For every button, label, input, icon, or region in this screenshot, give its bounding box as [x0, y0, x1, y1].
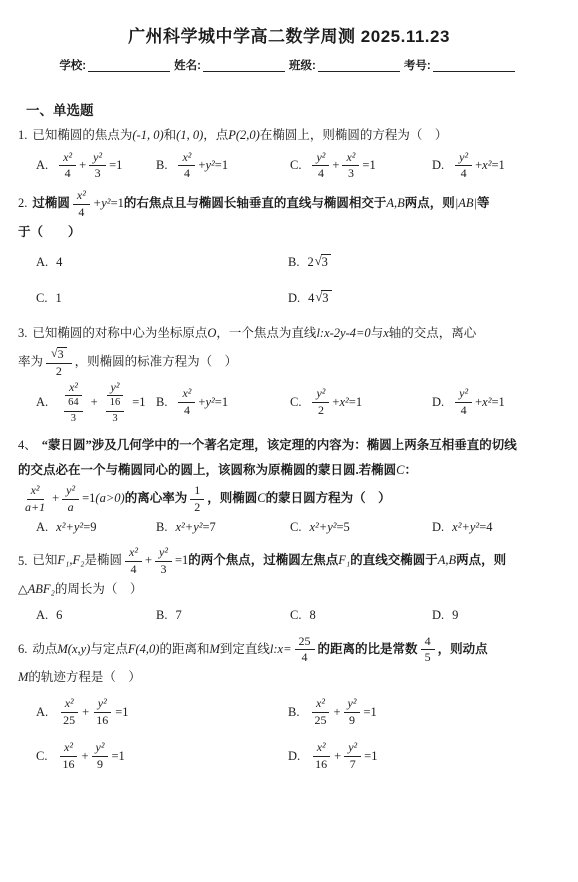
- fraction: x²4: [178, 387, 195, 418]
- option-label: A.: [36, 520, 48, 535]
- option-D: D.x²16+y²7=1: [288, 741, 560, 772]
- fraction: x²a+1: [21, 484, 49, 515]
- math-text: x²+y²: [56, 520, 83, 535]
- stem-text: 的离心率为: [125, 491, 188, 505]
- fraction-numerator: y²: [455, 151, 472, 167]
- math-text: +: [82, 705, 89, 720]
- fraction: x²4: [59, 151, 76, 182]
- options-row: A.x²4+y²3=1B.x²4+y²=1C.y²4+x²3=1D.y²4+x²…: [36, 151, 560, 182]
- option-C: C.y²2+x²=1: [290, 387, 428, 418]
- math-text: (1, 0): [176, 128, 203, 142]
- option-label: C.: [36, 749, 47, 764]
- fraction-numerator: x²: [73, 189, 90, 205]
- question-stem: 5.已知F₁,F₂是椭圆x²4+y²3=1的两个焦点，过椭圆左焦点F₁的直线交椭…: [18, 546, 560, 602]
- math-text: =1: [111, 749, 124, 764]
- fraction-denominator: 16: [311, 757, 331, 772]
- math-text: 2: [56, 364, 62, 378]
- math-text: 64: [68, 397, 79, 408]
- math-text: y²: [348, 740, 357, 754]
- option-label: C.: [36, 291, 47, 306]
- math-text: 4: [318, 166, 324, 180]
- math-text: F₁,F₂: [57, 554, 84, 568]
- stem-text: 过椭圆: [32, 196, 70, 210]
- fraction-numerator: x²: [342, 151, 359, 167]
- option-C: C.x²+y²=5: [290, 516, 428, 538]
- fraction-denominator: 4: [298, 650, 312, 665]
- fraction-denominator: 2: [52, 364, 66, 379]
- option-label: D.: [432, 520, 444, 535]
- option-C: C.x²16+y²9=1: [36, 741, 288, 772]
- stem-text: ，点: [203, 128, 228, 142]
- math-text: x²: [69, 380, 78, 394]
- fraction: y²2: [312, 387, 329, 418]
- fraction-denominator: 163: [101, 396, 130, 424]
- fraction-numerator: y²: [92, 741, 109, 757]
- stem-text: 两点，则: [405, 196, 455, 210]
- exam-number-field: 考号:: [404, 57, 519, 73]
- option-D: D.9: [432, 605, 560, 627]
- math-text: a: [68, 500, 74, 514]
- math-text: x²: [346, 150, 355, 164]
- fraction-numerator: x²: [65, 381, 82, 397]
- math-text: 6: [56, 608, 62, 623]
- stem-text: ，则椭圆: [207, 491, 257, 505]
- page-title: 广州科学城中学高二数学周测 2025.11.23: [18, 22, 560, 47]
- option-A: A.x²25+y²16=1: [36, 697, 288, 728]
- option-B: B.x²+y²=7: [156, 516, 286, 538]
- question-number: 4、: [18, 438, 37, 452]
- fraction-denominator: 7: [346, 757, 360, 772]
- fraction-numerator: √3: [46, 347, 72, 364]
- stem-text: 的直线交椭圆于: [350, 554, 438, 568]
- fraction-denominator: 2: [190, 500, 204, 515]
- math-text: 4: [65, 166, 71, 180]
- option-label: A.: [36, 705, 48, 720]
- options-row: A.x²25+y²16=1B.x²25+y²9=1C.x²16+y²9=1D.x…: [36, 697, 560, 772]
- option-label: C.: [290, 158, 301, 173]
- math-text: x²: [317, 740, 326, 754]
- option-label: A.: [36, 395, 48, 410]
- fraction: y²163: [101, 381, 130, 425]
- math-text: 3: [71, 413, 76, 424]
- stem-text: 已知椭圆的焦点为: [32, 128, 132, 142]
- question-3: 3.已知椭圆的对称中心为坐标原点O，一个焦点为直线l:x-2y-4=0与x轴的交…: [18, 321, 560, 424]
- math-text: A,B: [386, 196, 404, 210]
- math-text: x²: [64, 740, 73, 754]
- fraction-denominator: 9: [93, 757, 107, 772]
- question-2: 2.过椭圆x²4+y²=1的右焦点且与椭圆长轴垂直的直线与椭圆相交于A,B两点，…: [18, 189, 560, 309]
- math-text: 8: [309, 608, 315, 623]
- fraction: √32: [46, 347, 72, 379]
- option-label: C.: [290, 608, 301, 623]
- math-text: 4: [130, 562, 136, 576]
- fraction-denominator: 16: [58, 757, 78, 772]
- question-stem: 6.动点M(x,y)与定点F(4,0)的距离和M到定直线l:x=254的距离的比…: [18, 635, 560, 691]
- stem-text: 的周长为（ ）: [55, 582, 143, 596]
- fraction-numerator: x²: [60, 741, 77, 757]
- fraction-denominator: a: [64, 500, 78, 515]
- math-text: y²: [98, 696, 107, 710]
- math-text: +: [333, 705, 340, 720]
- stem-text: 动点: [32, 642, 57, 656]
- math-text: 16: [110, 397, 121, 408]
- fraction: x²3: [342, 151, 359, 182]
- math-text: 4: [461, 166, 467, 180]
- math-text: 4: [184, 403, 190, 417]
- fraction-denominator: a+1: [21, 500, 49, 515]
- math-text: +: [332, 158, 339, 173]
- stem-text: 的距离的比是常数: [318, 642, 418, 656]
- school-label: 学校:: [59, 57, 86, 73]
- fraction: y²3: [89, 151, 106, 182]
- fraction-numerator: 4: [421, 635, 435, 651]
- fraction-numerator: 16: [106, 397, 125, 411]
- math-text: 1: [55, 291, 61, 306]
- stem-text: “蒙日圆”涉及几何学中的一个著名定理，该定理的内容为：椭圆上两条互相垂直的切线: [42, 438, 517, 452]
- fraction-denominator: 4: [74, 205, 88, 220]
- stem-text: 等: [477, 196, 490, 210]
- option-label: A.: [36, 158, 48, 173]
- option-label: B.: [156, 608, 167, 623]
- fraction-denominator: 9: [345, 713, 359, 728]
- question-5: 5.已知F₁,F₂是椭圆x²4+y²3=1的两个焦点，过椭圆左焦点F₁的直线交椭…: [18, 546, 560, 626]
- math-text: x²+y²: [309, 520, 336, 535]
- math-text: +: [79, 158, 86, 173]
- fraction-numerator: y²: [312, 387, 329, 403]
- math-text: 25: [314, 713, 326, 727]
- math-text: 3: [348, 166, 354, 180]
- math-text: 3: [322, 255, 328, 269]
- student-info-row: 学校: 姓名: 班级: 考号:: [22, 57, 556, 73]
- stem-text: 的右焦点且与椭圆长轴垂直的直线与椭圆相交于: [124, 196, 387, 210]
- fraction-numerator: x²: [61, 697, 78, 713]
- fraction-numerator: y²: [344, 741, 361, 757]
- option-A: A.x²4+y²3=1: [36, 151, 152, 182]
- option-C: C.8: [290, 605, 428, 627]
- fraction-numerator: x²: [178, 151, 195, 167]
- math-text: =1: [82, 491, 95, 505]
- stem-text: 已知椭圆的对称中心为坐标原点: [32, 326, 207, 340]
- option-A: A.4: [36, 251, 288, 273]
- math-text: x²: [482, 395, 491, 410]
- math-text: x²: [31, 483, 40, 497]
- math-text: 25: [299, 634, 311, 648]
- math-text: =4: [479, 520, 492, 535]
- stem-text: 的蒙日圆方程为（ ）: [266, 491, 391, 505]
- square-root: √3: [315, 254, 331, 270]
- math-text: 25: [63, 713, 75, 727]
- option-B: B.7: [156, 605, 286, 627]
- math-text: M: [209, 642, 219, 656]
- fraction-numerator: y²: [344, 697, 361, 713]
- math-text: x²: [182, 150, 191, 164]
- math-text: =5: [337, 520, 350, 535]
- radicand: 3: [321, 290, 331, 306]
- question-stem: 2.过椭圆x²4+y²=1的右焦点且与椭圆长轴垂直的直线与椭圆相交于A,B两点，…: [18, 189, 560, 245]
- math-text: =1: [491, 158, 504, 173]
- fraction: y²9: [92, 741, 109, 772]
- math-text: P(2,0): [228, 128, 260, 142]
- options-row: A.4B.2√3C.1D.4√3: [36, 251, 560, 309]
- math-text: 2: [307, 255, 313, 270]
- fraction-denominator: 4: [180, 403, 194, 418]
- math-text: =9: [83, 520, 96, 535]
- math-text: =1: [215, 158, 228, 173]
- math-text: C: [257, 491, 265, 505]
- question-number: 1.: [18, 128, 27, 142]
- math-text: 3: [322, 291, 328, 305]
- school-blank-line: [88, 58, 170, 72]
- fraction: x²4: [73, 189, 90, 220]
- radicand: 3: [321, 254, 331, 270]
- fraction: x²16: [311, 741, 331, 772]
- math-text: △ABF₂: [18, 582, 55, 596]
- fraction-numerator: x²: [59, 151, 76, 167]
- fraction: x²25: [310, 697, 330, 728]
- fraction-denominator: 5: [421, 650, 435, 665]
- option-D: D.y²4+x²=1: [432, 387, 560, 418]
- radicand: 3: [57, 347, 67, 362]
- question-4: 4、“蒙日圆”涉及几何学中的一个著名定理，该定理的内容为：椭圆上两条互相垂直的切…: [18, 433, 560, 539]
- math-text: =1: [362, 158, 375, 173]
- option-C: C.1: [36, 287, 288, 309]
- option-label: B.: [288, 255, 299, 270]
- math-text: 7: [175, 608, 181, 623]
- section-heading: 一、单选题: [26, 99, 560, 119]
- fraction-numerator: x²: [125, 546, 142, 562]
- math-text: 4: [302, 650, 308, 664]
- math-text: 2: [318, 403, 324, 417]
- question-stem: 1.已知椭圆的焦点为(-1, 0)和(1, 0)，点P(2,0)在椭圆上，则椭圆…: [18, 123, 560, 149]
- math-text: 9: [452, 608, 458, 623]
- name-field: 姓名:: [174, 57, 289, 73]
- math-text: 3: [160, 562, 166, 576]
- fraction-numerator: x²: [313, 741, 330, 757]
- class-blank-line: [318, 58, 400, 72]
- fraction-numerator: 25: [295, 635, 315, 651]
- math-text: y²: [316, 386, 325, 400]
- math-text: F(4,0): [128, 642, 160, 656]
- fraction-denominator: 16: [92, 713, 112, 728]
- question-number: 3.: [18, 326, 27, 340]
- option-B: B.x²25+y²9=1: [288, 697, 560, 728]
- stem-text: 与: [371, 326, 384, 340]
- options-row: A.6B.7C.8D.9: [36, 605, 560, 627]
- math-text: +: [81, 749, 88, 764]
- math-text: y²: [459, 386, 468, 400]
- math-text: =1: [109, 158, 122, 173]
- math-text: 4: [425, 634, 431, 648]
- stem-text: ：: [404, 463, 417, 477]
- question-number: 6.: [18, 642, 27, 656]
- option-label: B.: [156, 395, 167, 410]
- fraction-denominator: 643: [59, 396, 88, 424]
- fraction: y²16: [92, 697, 112, 728]
- fraction-numerator: x²: [27, 484, 44, 500]
- math-text: =1: [111, 196, 124, 210]
- math-text: x²: [129, 545, 138, 559]
- fraction-numerator: x²: [312, 697, 329, 713]
- option-label: B.: [156, 158, 167, 173]
- option-label: D.: [432, 158, 444, 173]
- math-text: 4: [184, 166, 190, 180]
- math-text: M: [18, 670, 28, 684]
- math-text: 3: [112, 413, 117, 424]
- fraction-denominator: 4: [314, 166, 328, 181]
- stem-text: 在椭圆上，则椭圆的方程为（ ）: [260, 128, 448, 142]
- stem-text: 的交点必在一个与椭圆同心的圆上，该圆称为原椭圆的蒙日圆.若椭圆: [18, 463, 396, 477]
- option-label: C.: [290, 520, 301, 535]
- math-text: 16: [62, 757, 74, 771]
- question-6: 6.动点M(x,y)与定点F(4,0)的距离和M到定直线l:x=254的距离的比…: [18, 635, 560, 772]
- fraction-denominator: 4: [457, 166, 471, 181]
- option-label: B.: [156, 520, 167, 535]
- math-text: y²: [205, 395, 214, 410]
- option-label: C.: [290, 395, 301, 410]
- fraction-numerator: y²: [62, 484, 79, 500]
- exam-paper-page: 广州科学城中学高二数学周测 2025.11.23 学校: 姓名: 班级: 考号:…: [0, 0, 578, 882]
- math-text: y²: [111, 380, 120, 394]
- stem-text: 的两个焦点，过椭圆左焦点: [188, 554, 338, 568]
- option-label: B.: [288, 705, 299, 720]
- option-A: A.x²+y²=9: [36, 516, 152, 538]
- math-text: y²: [316, 150, 325, 164]
- math-text: y²: [348, 696, 357, 710]
- math-text: l:x-2y-4=0: [316, 326, 370, 340]
- stem-text: 到定直线: [220, 642, 270, 656]
- math-text: M(x,y): [57, 642, 90, 656]
- fraction-denominator: 3: [91, 166, 105, 181]
- fraction: x²16: [58, 741, 78, 772]
- math-text: 9: [97, 757, 103, 771]
- fraction: 163: [106, 397, 125, 424]
- math-text: =1: [175, 554, 188, 568]
- option-label: A.: [36, 255, 48, 270]
- questions-list: 1.已知椭圆的焦点为(-1, 0)和(1, 0)，点P(2,0)在椭圆上，则椭圆…: [18, 123, 560, 772]
- math-text: 16: [96, 713, 108, 727]
- fraction-numerator: 1: [190, 484, 204, 500]
- math-text: +: [52, 491, 59, 505]
- fraction-denominator: 4: [457, 403, 471, 418]
- question-stem: 4、“蒙日圆”涉及几何学中的一个著名定理，该定理的内容为：椭圆上两条互相垂直的切…: [18, 433, 560, 515]
- stem-text: 率为: [18, 355, 43, 369]
- option-label: D.: [432, 395, 444, 410]
- math-text: +y²: [93, 196, 111, 210]
- stem-text: 是椭圆: [84, 554, 122, 568]
- fraction-denominator: 3: [67, 412, 80, 425]
- math-text: x²: [63, 150, 72, 164]
- question-stem: 3.已知椭圆的对称中心为坐标原点O，一个焦点为直线l:x-2y-4=0与x轴的交…: [18, 321, 560, 378]
- fraction-denominator: 3: [344, 166, 358, 181]
- fraction-numerator: y²: [312, 151, 329, 167]
- option-label: D.: [288, 291, 300, 306]
- math-text: x²+y²: [452, 520, 479, 535]
- question-number: 2.: [18, 196, 27, 210]
- math-text: =1: [363, 705, 376, 720]
- fraction: 254: [295, 635, 315, 666]
- fraction: y²4: [455, 387, 472, 418]
- math-text: =1: [491, 395, 504, 410]
- fraction: 643: [64, 397, 83, 424]
- math-text: =1: [349, 395, 362, 410]
- fraction: x²25: [59, 697, 79, 728]
- fraction-denominator: 3: [156, 562, 170, 577]
- math-text: x²: [182, 386, 191, 400]
- fraction-numerator: x²: [178, 387, 195, 403]
- option-A: A.x²643+y²163=1: [36, 381, 152, 425]
- stem-text: ，一个焦点为直线: [216, 326, 316, 340]
- math-text: a+1: [25, 500, 45, 514]
- fraction-numerator: 64: [64, 397, 83, 411]
- math-text: =7: [203, 520, 216, 535]
- math-text: 5: [425, 650, 431, 664]
- name-label: 姓名:: [174, 57, 201, 73]
- square-root: √3: [51, 347, 67, 362]
- question-1: 1.已知椭圆的焦点为(-1, 0)和(1, 0)，点P(2,0)在椭圆上，则椭圆…: [18, 123, 560, 181]
- math-text: +: [91, 395, 98, 410]
- fraction-numerator: y²: [107, 381, 124, 397]
- fraction: y²4: [312, 151, 329, 182]
- stem-text: 的距离和: [159, 642, 209, 656]
- class-label: 班级:: [289, 57, 316, 73]
- math-text: y²: [96, 740, 105, 754]
- option-D: D.y²4+x²=1: [432, 151, 560, 182]
- math-text: (-1, 0): [132, 128, 163, 142]
- math-text: x²: [77, 188, 86, 202]
- fraction: 12: [190, 484, 204, 515]
- option-A: A.6: [36, 605, 152, 627]
- math-text: 2: [194, 500, 200, 514]
- option-B: B.x²4+y²=1: [156, 387, 286, 418]
- option-label: D.: [288, 749, 300, 764]
- math-text: +: [145, 554, 152, 568]
- stem-text: 的轨迹方程是（ ）: [28, 670, 141, 684]
- question-number: 5.: [18, 554, 27, 568]
- options-row: A.x²643+y²163=1B.x²4+y²=1C.y²2+x²=1D.y²4…: [36, 381, 560, 425]
- math-text: y²: [93, 150, 102, 164]
- math-text: =1: [115, 705, 128, 720]
- fraction-denominator: 4: [180, 166, 194, 181]
- option-label: D.: [432, 608, 444, 623]
- options-row: A.x²+y²=9B.x²+y²=7C.x²+y²=5D.x²+y²=4: [36, 516, 560, 538]
- fraction: x²643: [59, 381, 88, 425]
- math-text: x²: [316, 696, 325, 710]
- option-D: D.4√3: [288, 287, 560, 309]
- math-text: 7: [350, 757, 356, 771]
- math-text: =1: [215, 395, 228, 410]
- fraction: x²4: [125, 546, 142, 577]
- math-text: +: [334, 749, 341, 764]
- math-text: 3: [95, 166, 101, 180]
- stem-text: 两点，则: [456, 554, 506, 568]
- fraction-numerator: y²: [89, 151, 106, 167]
- math-text: y²: [459, 150, 468, 164]
- fraction-numerator: y²: [155, 546, 172, 562]
- fraction-denominator: 25: [59, 713, 79, 728]
- math-text: 4: [78, 205, 84, 219]
- math-text: 9: [349, 713, 355, 727]
- stem-text: ，则椭圆的标准方程为（ ）: [75, 355, 238, 369]
- math-text: l:x=: [270, 642, 292, 656]
- fraction-denominator: 4: [126, 562, 140, 577]
- math-text: 4: [56, 255, 62, 270]
- fraction: y²9: [344, 697, 361, 728]
- name-blank-line: [203, 58, 285, 72]
- math-text: y²: [66, 483, 75, 497]
- math-text: 4: [308, 291, 314, 306]
- fraction-denominator: 25: [310, 713, 330, 728]
- math-text: =1: [132, 395, 145, 410]
